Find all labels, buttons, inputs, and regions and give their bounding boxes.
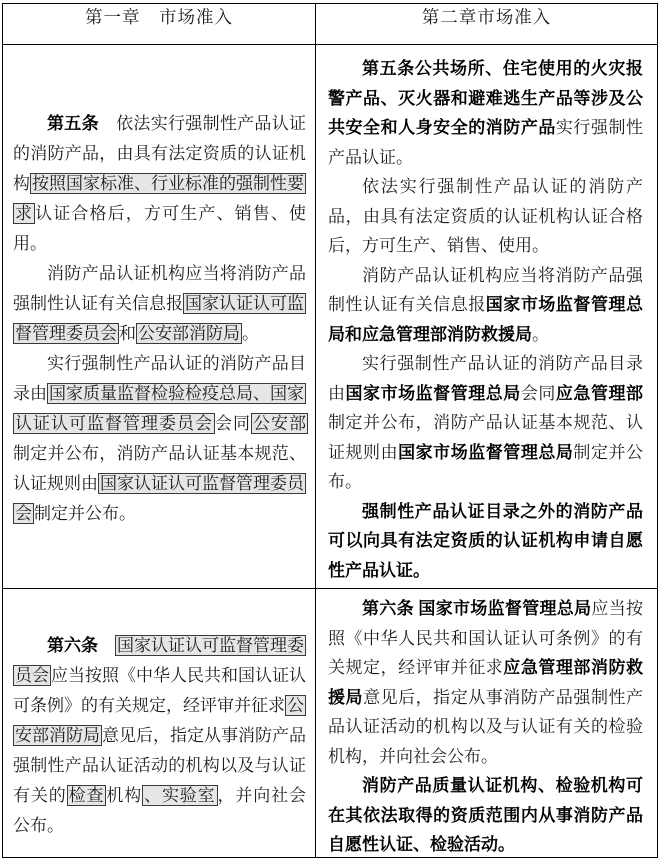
- inserted-text-run: 第六条 国家市场监督管理总局: [362, 599, 591, 618]
- new-version-chapter-heading: 第二章市场准入: [316, 4, 658, 45]
- text-run: 意见后，指定从事消防产品强制性产品认证活动的机构以及与认证有关的检验机构，并向社…: [328, 688, 643, 766]
- article-6-row: 第六条 国家认证认可监督管理委员会应当按照《中华人民共和国认证认可条例》的有关规…: [3, 589, 658, 858]
- paragraph: 第五条公共场所、住宅使用的火灾报警产品、灭火器和避难逃生产品等涉及公共安全和人身…: [328, 54, 643, 172]
- text-run: 会同: [521, 384, 556, 403]
- text-run: 。: [242, 324, 259, 343]
- old-version-chapter-heading: 第一章 市场准入: [3, 4, 316, 45]
- paragraph: 实行强制性产品认证的消防产品目录由国家质量监督检验检疫总局、国家认证认可监督管理…: [13, 349, 306, 529]
- text-run: 制定并公布。: [34, 504, 136, 523]
- text-run: 。: [532, 325, 549, 344]
- new-article-6-text: 第六条 国家市场监督管理总局应当按照《中华人民共和国认证认可条例》的有关规定，经…: [316, 589, 657, 857]
- inserted-text-run: 国家市场监督管理总局: [398, 443, 573, 462]
- deleted-text-run: 公安部消防局: [136, 323, 242, 344]
- old-version-article-6-cell: 第六条 国家认证认可监督管理委员会应当按照《中华人民共和国认证认可条例》的有关规…: [3, 589, 316, 858]
- paragraph: 消防产品质量认证机构、检验机构可在其依法取得的资质范围内从事消防产品自愿性认证、…: [328, 771, 643, 857]
- paragraph: 消防产品认证机构应当将消防产品强制性认证有关信息报国家市场监督管理总局和应急管理…: [328, 261, 643, 350]
- paragraph: 强制性产品认证目录之外的消防产品可以向具有法定资质的认证机构申请自愿性产品认证。: [328, 497, 643, 586]
- old-version-article-5-cell: 第五条 依法实行强制性产品认证的消防产品，由具有法定资质的认证机构按照国家标准、…: [3, 45, 316, 589]
- inserted-text-run: 消防产品质量认证机构、检验机构可在其依法取得的资质范围内从事消防产品自愿性认证、…: [328, 776, 643, 854]
- article-5-row: 第五条 依法实行强制性产品认证的消防产品，由具有法定资质的认证机构按照国家标准、…: [3, 45, 658, 589]
- text-run: 依法实行强制性产品认证的消防产品，由具有法定资质的认证机构认证合格后，方可生产、…: [328, 177, 643, 255]
- deleted-text-run: 、实验室: [142, 785, 217, 806]
- inserted-text-run: 第六条: [47, 636, 98, 655]
- new-version-article-5-cell: 第五条公共场所、住宅使用的火灾报警产品、灭火器和避难逃生产品等涉及公共安全和人身…: [316, 45, 658, 589]
- paragraph: 消防产品认证机构应当将消防产品强制性认证有关信息报国家认证认可监督管理委员会和公…: [13, 259, 306, 349]
- inserted-text-run: 国家市场监督管理总局: [346, 384, 521, 403]
- paragraph: 第六条 国家认证认可监督管理委员会应当按照《中华人民共和国认证认可条例》的有关规…: [13, 631, 306, 841]
- inserted-text-run: 第五条: [47, 114, 99, 133]
- old-article-5-text: 第五条 依法实行强制性产品认证的消防产品，由具有法定资质的认证机构按照国家标准、…: [3, 45, 315, 588]
- text-run: 和: [119, 324, 136, 343]
- text-run: 会同: [215, 414, 251, 433]
- header-row: 第一章 市场准入 第二章市场准入: [3, 4, 658, 45]
- paragraph: 依法实行强制性产品认证的消防产品，由具有法定资质的认证机构认证合格后，方可生产、…: [328, 172, 643, 261]
- inserted-text-run: 应急管理部: [556, 384, 643, 403]
- comparison-table: 第一章 市场准入 第二章市场准入 第五条 依法实行强制性产品认证的消防产品，由具…: [2, 3, 658, 858]
- text-run: 机构: [106, 786, 142, 805]
- deleted-text-run: 检查: [67, 785, 107, 806]
- old-article-6-text: 第六条 国家认证认可监督管理委员会应当按照《中华人民共和国认证认可条例》的有关规…: [3, 589, 315, 857]
- deleted-text-run: 公安部: [251, 413, 308, 434]
- paragraph: 第六条 国家市场监督管理总局应当按照《中华人民共和国认证认可条例》的有关规定，经…: [328, 594, 643, 771]
- document-page: 第一章 市场准入 第二章市场准入 第五条 依法实行强制性产品认证的消防产品，由具…: [0, 0, 659, 862]
- new-version-article-6-cell: 第六条 国家市场监督管理总局应当按照《中华人民共和国认证认可条例》的有关规定，经…: [316, 589, 658, 858]
- text-run: 应当按照《中华人民共和国认证认可条例》的有关规定，经评审并征求: [13, 666, 306, 715]
- new-article-5-text: 第五条公共场所、住宅使用的火灾报警产品、灭火器和避难逃生产品等涉及公共安全和人身…: [316, 45, 657, 588]
- paragraph: 第五条 依法实行强制性产品认证的消防产品，由具有法定资质的认证机构按照国家标准、…: [13, 109, 306, 259]
- inserted-text-run: 强制性产品认证目录之外的消防产品可以向具有法定资质的认证机构申请自愿性产品认证。: [328, 502, 643, 580]
- paragraph: 实行强制性产品认证的消防产品目录由国家市场监督管理总局会同应急管理部制定并公布，…: [328, 349, 643, 497]
- text-run: [98, 636, 115, 655]
- text-run: 认证合格后，方可生产、销售、使用。: [13, 204, 306, 253]
